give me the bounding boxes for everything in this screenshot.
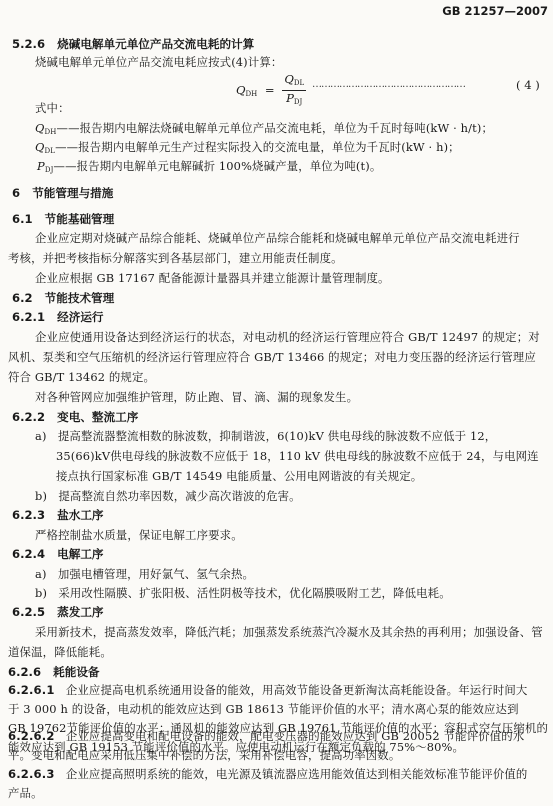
section-title: 烧碱电解单元单位产品交流电耗的计算 — [57, 37, 254, 51]
paragraph: 采用新技术，提高蒸发效率，降低汽耗；加强蒸发系统蒸汽冷凝水及其余热的再利用；加强… — [35, 624, 543, 640]
paragraph-continuation: 道保温，降低能耗。 — [8, 644, 112, 660]
equals-sign: = — [265, 83, 275, 97]
paragraph: 企业应定期对烧碱产品综合能耗、烧碱单位产品综合能耗和烧碱电解单元单位产品交流电耗… — [35, 230, 520, 246]
paragraph: 严格控制盐水质量，保证电解工序要求。 — [35, 527, 243, 543]
definition-pdj: PDJ——报告期内电解单元电解碱折 100%烧碱产量，单位为吨(t)。 — [37, 158, 381, 174]
list-item-b: b) 提高整流自然功率因数，减少高次谐波的危害。 — [35, 488, 301, 504]
formula-4: QDH = QDL PDJ — [236, 72, 306, 109]
paragraph: 企业应根据 GB 17167 配备能源计量器具并建立能源计量管理制度。 — [35, 270, 390, 286]
list-item-a: a) 加强电槽管理，用好氯气、氢气余热。 — [35, 566, 254, 582]
section-heading-6-2-5: 6.2.5 蒸发工序 — [12, 604, 104, 620]
formula-fraction: QDL PDJ — [282, 72, 306, 109]
section-heading-6-2-4: 6.2.4 电解工序 — [12, 546, 104, 562]
paragraph-continuation: 考核，并把考核指标分解落实到各基层部门，建立用能责任制度。 — [8, 250, 343, 266]
clause-6-2-6-2: 6.2.6.2 企业应提高变电和配电设备的能效，配电变压器的能效应达到 GB 2… — [8, 728, 524, 744]
section-heading-6-2-2: 6.2.2 变电、整流工序 — [12, 409, 138, 425]
list-item-a: a) 提高整流器整流相数的脉波数，抑制谐波，6(10)kV 供电母线的脉波数不应… — [35, 428, 496, 444]
formula-lhs: QDH — [236, 83, 257, 97]
chapter-heading-6: 6 节能管理与措施 — [12, 185, 113, 201]
section-number: 5.2.6 — [12, 37, 45, 51]
formula-leader-dots: …………………………………………… — [312, 79, 465, 90]
paragraph-continuation: 风机、泵类和空气压缩机的经济运行管理应符合 GB/T 13466 的规定；对电力… — [8, 349, 536, 365]
equation-number: ( 4 ) — [516, 78, 540, 92]
list-item-continuation: 35(66)kV供电母线的脉波数不应低于 18，110 kV 供电母线的脉波数不… — [56, 448, 539, 464]
definition-qdl: QDL——报告期内电解单元生产过程实际投入的交流电量，单位为千瓦时(kW · h… — [35, 139, 460, 155]
where-label: 式中： — [35, 100, 70, 116]
clause-6-2-6-1: 6.2.6.1 企业应提高电机系统通用设备的能效，用高效节能设备更新淘汰高耗能设… — [8, 682, 527, 698]
definition-qdh: QDH——报告期内电解法烧碱电解单元单位产品交流电耗，单位为千瓦时每吨(kW ·… — [35, 120, 493, 136]
standard-code: GB 21257—2007 — [442, 4, 548, 18]
clause-6-2-6-3: 6.2.6.3 企业应提高照明系统的能效，电光源及镇流器应选用能效值达到相关能效… — [8, 766, 527, 782]
formula-intro: 烧碱电解单元单位产品交流电耗应按式(4)计算： — [35, 54, 282, 70]
section-heading-6-2-1: 6.2.1 经济运行 — [12, 309, 104, 325]
clause-continuation: 于 3 000 h 的设备，电动机的能效应达到 GB 18613 节能评价值的水… — [8, 701, 519, 717]
list-item-b: b) 采用改性隔膜、扩张阳极、活性阴极等技术，优化隔膜吸附工艺，降低电耗。 — [35, 585, 451, 601]
section-heading-6-2-3: 6.2.3 盐水工序 — [12, 507, 104, 523]
paragraph-continuation: 符合 GB/T 13462 的规定。 — [8, 369, 155, 385]
section-heading-6-2-6: 6.2.6 耗能设备 — [8, 664, 100, 680]
clause-continuation: 产品。 — [8, 785, 43, 801]
list-item-continuation: 接点执行国家标准 GB/T 14549 电能质量、公用电网谐波的有关规定。 — [56, 468, 422, 484]
paragraph: 对各种管网应加强维护管理，防止跑、冒、滴、漏的现象发生。 — [35, 389, 358, 405]
section-heading-6-2: 6.2 节能技术管理 — [12, 290, 114, 306]
section-heading-6-1: 6.1 节能基础管理 — [12, 211, 114, 227]
paragraph: 企业应使通用设备达到经济运行的状态，对电动机的经济运行管理应符合 GB/T 12… — [35, 329, 540, 345]
clause-continuation: 平。变电和配电应采用低压集中补偿的方法，采用补偿电容，提高功率因数。 — [8, 747, 400, 763]
section-heading-5-2-6: 5.2.6 烧碱电解单元单位产品交流电耗的计算 — [12, 36, 254, 52]
